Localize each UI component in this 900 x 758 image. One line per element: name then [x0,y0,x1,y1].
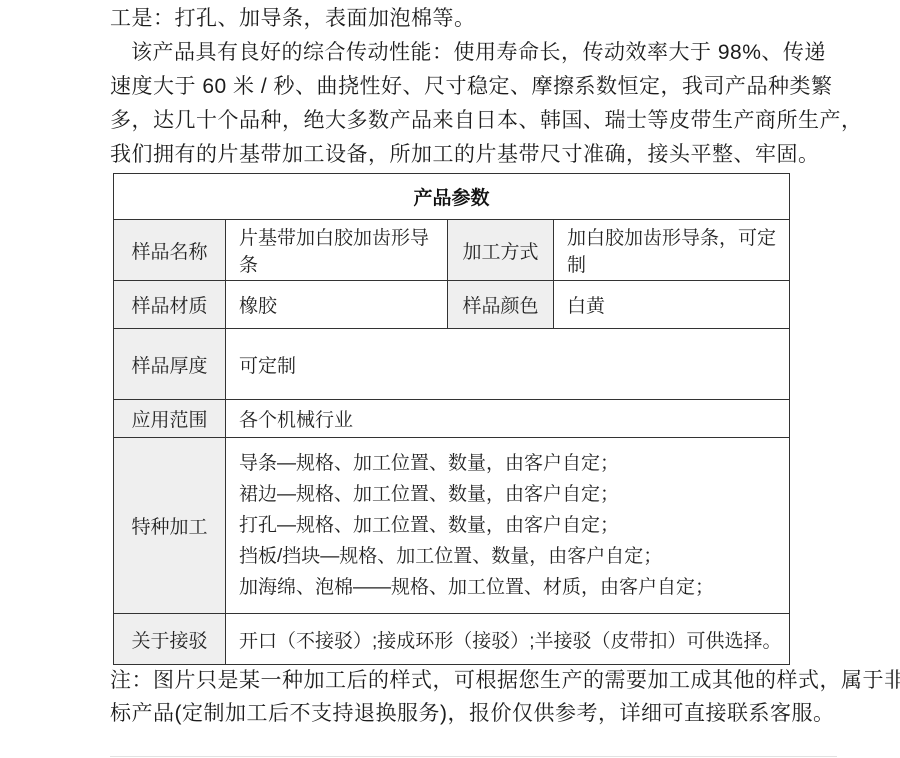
special-processing-value: 导条—规格、加工位置、数量，由客户自定； 裙边—规格、加工位置、数量，由客户自定… [226,438,790,614]
special-processing-label: 特种加工 [114,438,226,614]
table-row-sample-name: 样品名称 片基带加白胶加齿形导条 加工方式 加白胶加齿形导条，可定制 [114,220,790,281]
sample-thickness-label: 样品厚度 [114,329,226,400]
application-scope-label: 应用范围 [114,400,226,438]
special-processing-line-2: 裙边—规格、加工位置、数量，由客户自定； [239,479,783,510]
special-processing-line-3: 打孔—规格、加工位置、数量，由客户自定； [239,510,783,541]
sample-name-value: 片基带加白胶加齿形导条 [226,220,448,281]
table-row-about-joining: 关于接驳 开口（不接驳）;接成环形（接驳）;半接驳（皮带扣）可供选择。 [114,614,790,665]
bottom-divider [110,756,837,757]
note-line-2: 标产品(定制加工后不支持退换服务)，报价仅供参考，详细可直接联系客服。 [110,697,850,730]
table-row-sample-thickness: 样品厚度 可定制 [114,329,790,400]
sample-thickness-value: 可定制 [226,329,790,400]
table-title: 产品参数 [114,174,790,220]
application-scope-value: 各个机械行业 [226,400,790,438]
table-row-sample-material: 样品材质 橡胶 样品颜色 白黄 [114,281,790,329]
bottom-note: 注：图片只是某一种加工后的样式，可根据您生产的需要加工成其他的样式，属于非 标产… [110,664,850,730]
sample-name-label: 样品名称 [114,220,226,281]
intro-line-3: 速度大于 60 米 / 秒、曲挠性好、尺寸稳定、摩擦系数恒定，我司产品种类繁 [110,70,840,104]
processing-method-value: 加白胶加齿形导条，可定制 [554,220,790,281]
intro-line-2: 该产品具有良好的综合传动性能：使用寿命长，传动效率大于 98%、传递 [110,36,840,70]
about-joining-value: 开口（不接驳）;接成环形（接驳）;半接驳（皮带扣）可供选择。 [226,614,790,665]
sample-color-value: 白黄 [554,281,790,329]
intro-paragraphs: 工是：打孔、加导条，表面加泡棉等。 该产品具有良好的综合传动性能：使用寿命长，传… [110,2,840,172]
table-row-special-processing: 特种加工 导条—规格、加工位置、数量，由客户自定； 裙边—规格、加工位置、数量，… [114,438,790,614]
intro-line-4: 多，达几十个品种，绝大多数产品来自日本、韩国、瑞士等皮带生产商所生产， [110,104,840,138]
note-line-1: 注：图片只是某一种加工后的样式，可根据您生产的需要加工成其他的样式，属于非 [110,664,850,697]
intro-line-1: 工是：打孔、加导条，表面加泡棉等。 [110,2,840,36]
sample-material-label: 样品材质 [114,281,226,329]
intro-line-5: 我们拥有的片基带加工设备，所加工的片基带尺寸准确，接头平整、牢固。 [110,138,840,172]
special-processing-line-5: 加海绵、泡棉——规格、加工位置、材质，由客户自定； [239,572,783,603]
sample-material-value: 橡胶 [226,281,448,329]
special-processing-line-4: 挡板/挡块—规格、加工位置、数量，由客户自定； [239,541,783,572]
table-row-application-scope: 应用范围 各个机械行业 [114,400,790,438]
table-title-row: 产品参数 [114,174,790,220]
sample-color-label: 样品颜色 [448,281,554,329]
product-parameters-table: 产品参数 样品名称 片基带加白胶加齿形导条 加工方式 加白胶加齿形导条，可定制 … [113,173,790,665]
about-joining-label: 关于接驳 [114,614,226,665]
processing-method-label: 加工方式 [448,220,554,281]
special-processing-line-1: 导条—规格、加工位置、数量，由客户自定； [239,448,783,479]
